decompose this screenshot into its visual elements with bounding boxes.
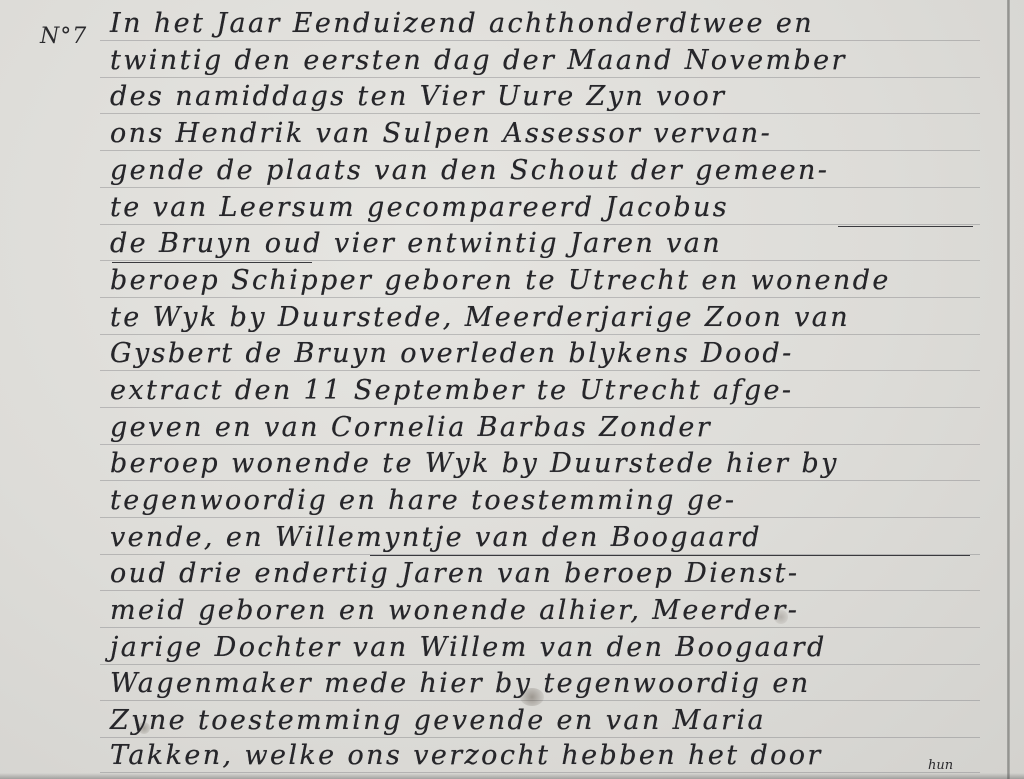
catchword: hun xyxy=(928,758,953,773)
ruled-line xyxy=(100,480,980,481)
right-margin-rule xyxy=(1007,0,1010,779)
ruled-line xyxy=(100,370,980,371)
ruled-line xyxy=(100,77,980,78)
text-line: de Bruyn oud vier entwintig Jaren van xyxy=(110,228,990,259)
text-line: twintig den eersten dag der Maand Novemb… xyxy=(110,45,990,76)
name-underline xyxy=(838,226,973,227)
register-page: N°7 In het Jaar Eenduizend achthonderdtw… xyxy=(0,0,1024,779)
text-line: oud drie endertig Jaren van beroep Diens… xyxy=(110,558,990,589)
ruled-line xyxy=(100,517,980,518)
text-line: beroep Schipper geboren te Utrecht en wo… xyxy=(110,265,990,296)
text-line: beroep wonende te Wyk by Duurstede hier … xyxy=(110,448,990,479)
text-line: gende de plaats van den Schout der gemee… xyxy=(110,155,990,186)
text-line: extract den 11 September te Utrecht afge… xyxy=(110,375,990,406)
text-line: Takken, welke ons verzocht hebben het do… xyxy=(110,740,990,771)
ruled-line xyxy=(100,40,980,41)
ruled-line xyxy=(100,113,980,114)
ruled-line xyxy=(100,297,980,298)
text-line: geven en van Cornelia Barbas Zonder xyxy=(110,412,990,443)
ruled-line xyxy=(100,187,980,188)
name-underline xyxy=(112,262,312,263)
text-line: des namiddags ten Vier Uure Zyn voor xyxy=(110,81,990,112)
ruled-line xyxy=(100,407,980,408)
text-line: jarige Dochter van Willem van den Boogaa… xyxy=(110,632,990,663)
ruled-line xyxy=(100,664,980,665)
ruled-line xyxy=(100,627,980,628)
scan-edge-shadow xyxy=(0,773,1024,779)
text-line: vende, en Willemyntje van den Boogaard xyxy=(110,522,990,553)
text-line: Gysbert de Bruyn overleden blykens Dood- xyxy=(110,338,990,369)
text-line: ons Hendrik van Sulpen Assessor vervan- xyxy=(110,118,990,149)
record-number: N°7 xyxy=(40,24,87,49)
text-line: Wagenmaker mede hier by tegenwoordig en xyxy=(110,668,990,699)
ruled-line xyxy=(100,150,980,151)
text-line: te van Leersum gecompareerd Jacobus xyxy=(110,192,990,223)
ruled-line xyxy=(100,444,980,445)
text-line: Zyne toestemming gevende en van Maria xyxy=(110,705,990,736)
text-line: tegenwoordig en hare toestemming ge- xyxy=(110,485,990,516)
name-underline xyxy=(370,555,970,556)
ruled-line xyxy=(100,334,980,335)
text-line: In het Jaar Eenduizend achthonderdtwee e… xyxy=(110,8,990,39)
text-line: meid geboren en wonende alhier, Meerder- xyxy=(110,595,990,626)
ruled-line xyxy=(100,737,980,738)
ruled-line xyxy=(100,224,980,225)
text-line: te Wyk by Duurstede, Meerderjarige Zoon … xyxy=(110,302,990,333)
ruled-line xyxy=(100,590,980,591)
ruled-line xyxy=(100,260,980,261)
